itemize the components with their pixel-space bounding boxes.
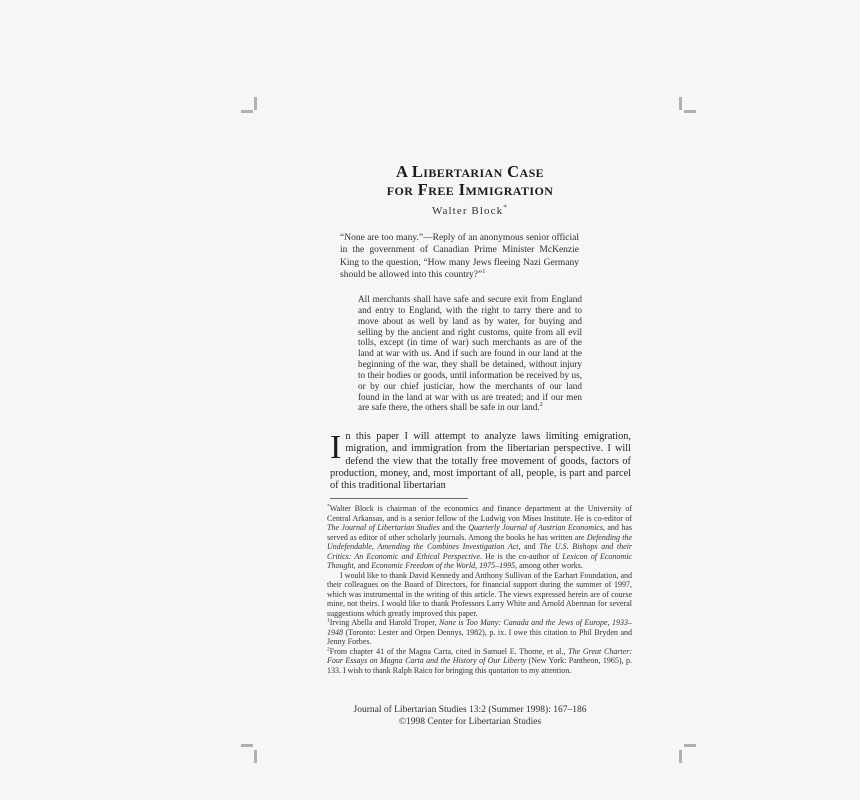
crop-mark-bottom-right-horizontal xyxy=(684,744,696,747)
footnotes-block: *Walter Block is chairman of the economi… xyxy=(327,504,632,675)
opening-paragraph: In this paper I will attempt to analyze … xyxy=(330,431,631,492)
footnote-1: 1Irving Abella and Harold Troper, None i… xyxy=(327,618,632,647)
crop-mark-bottom-left-horizontal xyxy=(241,744,253,747)
epigraph: “None are too many.”—Reply of an anonymo… xyxy=(340,232,579,281)
crop-mark-top-left-horizontal xyxy=(241,110,253,113)
drop-cap: I xyxy=(330,431,345,461)
footnote-author-bio: *Walter Block is chairman of the economi… xyxy=(327,504,632,571)
footnote-2: 2From chapter 41 of the Magna Carta, cit… xyxy=(327,647,632,676)
author-name: Walter Block xyxy=(432,205,503,217)
copyright-line: ©1998 Center for Libertarian Studies xyxy=(325,716,615,728)
footnote-acknowledgment: I would like to thank David Kennedy and … xyxy=(327,571,632,619)
crop-mark-bottom-right-vertical xyxy=(679,750,682,763)
crop-mark-top-left-vertical xyxy=(254,97,257,110)
crop-mark-top-right-horizontal xyxy=(684,110,696,113)
article-title-line2: for Free Immigration xyxy=(325,181,615,199)
footnote-separator-rule xyxy=(330,498,468,499)
article-title: A Libertarian Case for Free Immigration xyxy=(325,163,615,198)
crop-mark-bottom-left-vertical xyxy=(254,750,257,763)
author-note-marker: * xyxy=(503,202,508,211)
opening-paragraph-text: n this paper I will attempt to analyze l… xyxy=(330,431,631,491)
article-title-line1: A Libertarian Case xyxy=(325,163,615,181)
magna-carta-quote: All merchants shall have safe and secure… xyxy=(358,294,582,413)
scanned-paper-page: A Libertarian Case for Free Immigration … xyxy=(0,0,860,800)
author-byline: Walter Block* xyxy=(325,205,615,217)
journal-footer: Journal of Libertarian Studies 13:2 (Sum… xyxy=(325,704,615,728)
crop-mark-top-right-vertical xyxy=(679,97,682,110)
journal-citation: Journal of Libertarian Studies 13:2 (Sum… xyxy=(325,704,615,716)
